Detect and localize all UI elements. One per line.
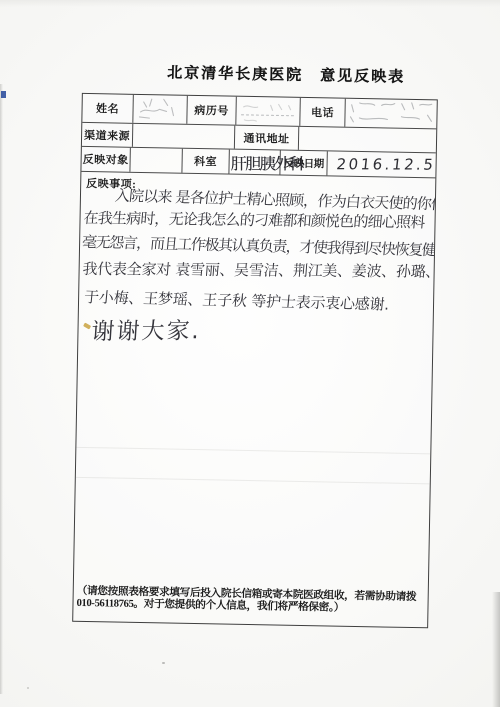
department-value-cell: 肝胆胰外科 bbox=[229, 150, 280, 175]
paper-content: 北京清华长庚医院 意见反映表 姓名 病历号 bbox=[0, 0, 500, 707]
scan-streak bbox=[76, 477, 430, 484]
mailing-address-value-empty bbox=[299, 127, 436, 153]
scan-streak bbox=[76, 447, 430, 454]
faint-dotted-scribble bbox=[236, 97, 300, 126]
name-value-scribble bbox=[133, 95, 188, 124]
feedback-form-table: 姓名 病历号 bbox=[72, 93, 438, 628]
channel-source-label: 渠道来源 bbox=[82, 123, 133, 147]
scanned-page: 北京清华长庚医院 意见反映表 姓名 病历号 bbox=[0, 0, 500, 707]
feedback-content-cell: 反映事项: 入院以来 是各位护士精心照顾，作为白衣天使的你们 在我生病时，无论我… bbox=[73, 172, 435, 627]
feedback-subject-label: 反映对象 bbox=[81, 147, 130, 172]
mailing-address-label: 通讯地址 bbox=[235, 126, 299, 150]
record-number-value-scribble bbox=[236, 97, 301, 126]
handwriting-line: 于小梅、王梦瑶、王子秋 等护士表示衷心感谢. bbox=[83, 286, 390, 315]
handwriting-line: 谢谢大家. bbox=[91, 312, 203, 346]
record-number-label: 病历号 bbox=[187, 96, 237, 125]
handwriting-line: 我代表全家对 袁雪丽、吴雪洁、荆江美、姜波、孙璐、 bbox=[82, 258, 436, 282]
department-handwritten-value: 肝胆胰外科 bbox=[231, 151, 304, 174]
faint-phone-scribble bbox=[345, 99, 441, 129]
channel-source-value-empty bbox=[133, 124, 235, 149]
name-label: 姓名 bbox=[82, 94, 134, 123]
feedback-date-handwritten-value: 2016.12.5 bbox=[336, 155, 437, 173]
phone-label: 电话 bbox=[300, 98, 346, 127]
faint-handwriting-scribble bbox=[133, 95, 187, 124]
phone-value-scribble bbox=[345, 99, 436, 129]
footer-instructions: （请您按照表格要求填写后投入院长信箱或寄本院医政组收，若需协助请拨 010-56… bbox=[76, 585, 424, 616]
form-title: 北京清华长庚医院 意见反映表 bbox=[167, 61, 405, 86]
yellow-ink-mark bbox=[83, 323, 91, 330]
handwriting-line: 毫无怨言，而且工作极其认真负责，才使我得到尽快恢复健康. bbox=[81, 231, 435, 261]
feedback-subject-value-empty bbox=[130, 148, 182, 173]
feedback-date-value-cell: 2016.12.5 bbox=[328, 151, 436, 177]
handwriting-line: 在我生病时，无论我怎么的刁难都和颜悦色的细心照料 bbox=[83, 207, 426, 232]
department-label: 科室 bbox=[182, 149, 230, 174]
